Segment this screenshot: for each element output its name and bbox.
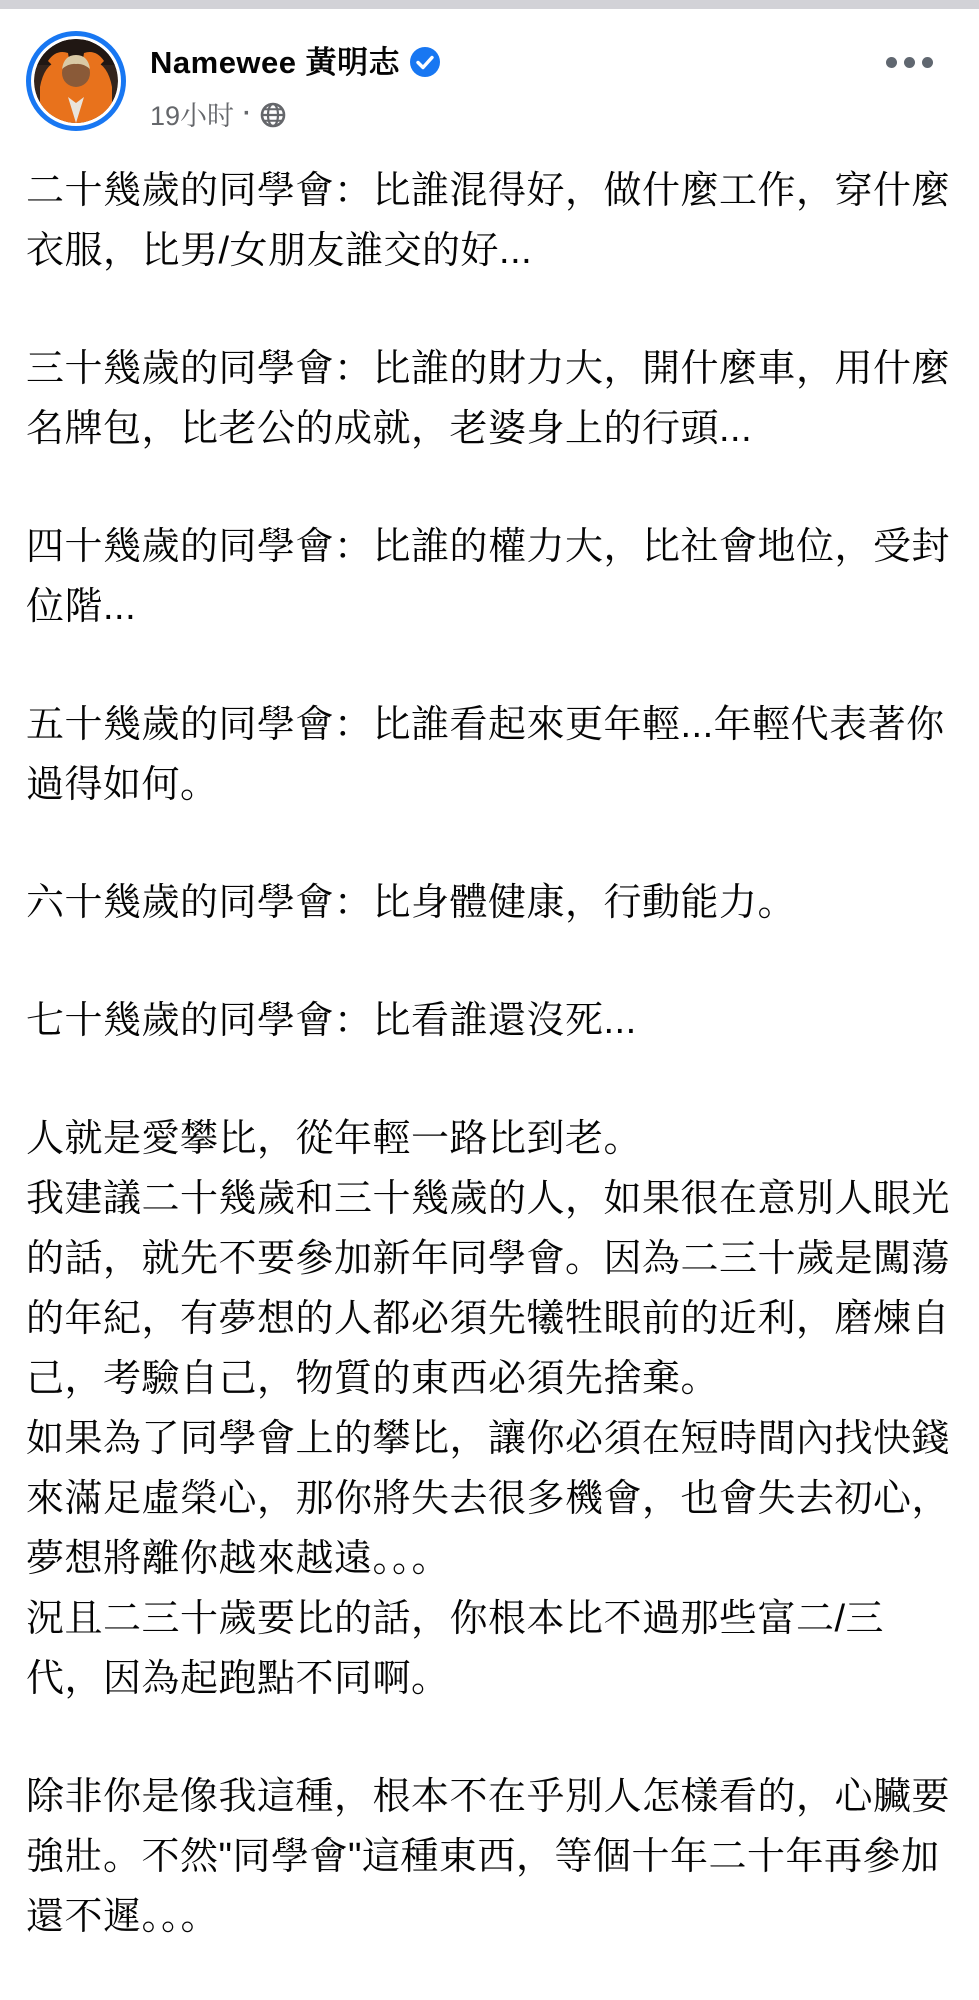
more-dot	[886, 57, 897, 68]
post-content: 二十幾歲的同學會：比誰混得好，做什麼工作，穿什麼衣服，比男/女朋友誰交的好...…	[0, 133, 979, 1947]
verified-badge-icon	[410, 47, 440, 77]
post-paragraph: 除非你是像我這種，根本不在乎別人怎樣看的，心臟要強壯。不然"同學會"這種東西，等…	[26, 1767, 955, 1947]
screen-top-divider	[0, 0, 979, 9]
more-dot	[922, 57, 933, 68]
facebook-post-card: Namewee 黃明志 19小时 ·	[0, 9, 979, 1947]
post-paragraph: 二十幾歲的同學會：比誰混得好，做什麼工作，穿什麼衣服，比男/女朋友誰交的好...	[26, 161, 955, 281]
avatar-photo	[34, 39, 118, 123]
profile-name[interactable]: Namewee 黃明志	[150, 37, 400, 82]
name-row: Namewee 黃明志	[150, 37, 951, 82]
more-options-button[interactable]	[882, 47, 937, 78]
post-paragraph: 五十幾歲的同學會：比誰看起來更年輕...年輕代表著你過得如何。	[26, 695, 955, 815]
post-paragraph: 四十幾歲的同學會：比誰的權力大，比社會地位，受封位階...	[26, 517, 955, 637]
meta-separator: ·	[243, 100, 251, 127]
avatar[interactable]	[26, 31, 126, 131]
post-paragraph: 三十幾歲的同學會：比誰的財力大，開什麼車，用什麼名牌包，比老公的成就，老婆身上的…	[26, 339, 955, 459]
post-paragraph: 人就是愛攀比，從年輕一路比到老。 我建議二十幾歲和三十幾歲的人，如果很在意別人眼…	[26, 1109, 955, 1709]
post-paragraph: 七十幾歲的同學會：比看誰還沒死...	[26, 991, 955, 1051]
post-header: Namewee 黃明志 19小时 ·	[0, 9, 979, 133]
timestamp[interactable]: 19小时	[150, 94, 234, 133]
post-header-text: Namewee 黃明志 19小时 ·	[150, 31, 951, 133]
post-meta: 19小时 ·	[150, 94, 951, 133]
more-dot	[904, 57, 915, 68]
post-paragraph: 六十幾歲的同學會：比身體健康，行動能力。	[26, 873, 955, 933]
globe-privacy-icon	[260, 102, 286, 128]
